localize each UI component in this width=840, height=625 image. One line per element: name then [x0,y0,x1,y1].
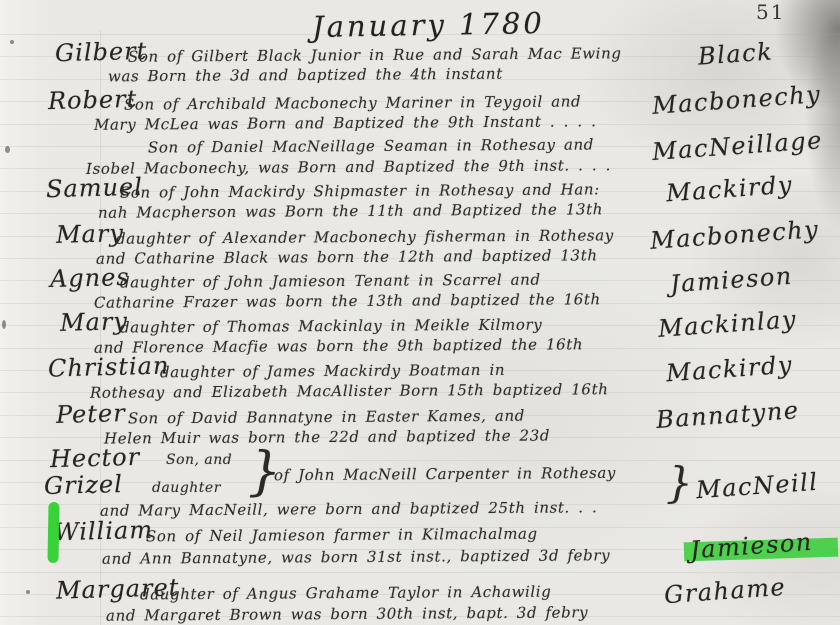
entry-surname: MacNeillage [651,126,823,166]
entry-surname: Jamieson [669,262,793,298]
page-number: 51 [756,0,785,24]
entry-brace-right: } [666,462,693,504]
ink-speck [26,590,30,594]
ink-speck [10,40,14,44]
entry-line1: Son of Daniel MacNeillage Seaman in Roth… [148,135,594,156]
entry-surname: Mackirdy [665,171,794,208]
entry-line1: daughter of Angus Grahame Taylor in Acha… [140,583,551,604]
entry-given-name-2: Grizel [44,470,124,500]
entry-line2: Mary McLea was Born and Baptized the 9th… [94,112,597,134]
entry-line1: daughter of Alexander Macbonechy fisherm… [116,226,614,247]
entry-line1: Son of Gilbert Black Junior in Rue and S… [128,44,622,65]
entry-line1: Son of Archibald Macbonechy Mariner in T… [124,92,581,113]
entry-given-name: William [54,516,154,547]
entry-surname: Macbonechy [649,215,820,255]
entry-given-name: Hector [50,443,141,473]
entry-given-role: Son, and [166,452,232,468]
entry-line1: Son of David Bannatyne in Easter Kames, … [128,407,525,428]
entry-line1: of John MacNeill Carpenter in Rothesay [274,464,616,484]
entry-surname: MacNeill [695,468,819,504]
entry-line1: daughter of John Jamieson Tenant in Scar… [120,271,541,292]
ink-speck [2,320,6,329]
entry-given-name: Peter [56,399,126,429]
entry-given-name: Mary [60,307,129,337]
entry-line2: and Catharine Black was born the 12th an… [96,246,598,268]
annotation-marker-bar [47,502,59,563]
entry-surname: Black [697,37,774,70]
entry-given-name: Christian [48,351,170,382]
entry-line2: and Ann Bannatyne, was born 31st inst., … [102,546,610,568]
entry-line2: Rothesay and Elizabeth MacAllister Born … [90,380,609,402]
entry-line1: Son of John Mackirdy Shipmaster in Rothe… [120,180,600,201]
entry-line1: daughter of Thomas Mackinlay in Meikle K… [120,316,542,337]
entry-line1: daughter of James Mackirdy Boatman in [160,361,505,381]
entry-surname: Macbonechy [651,80,822,120]
page-title: January 1780 [312,6,545,44]
entry-given-name: Mary [56,219,125,249]
entry-line2: Isobel Macbonechy, was Born and Baptized… [86,156,611,178]
entry-line2: was Born the 3d and baptized the 4th ins… [108,65,503,86]
entry-line1: Son of Neil Jamieson farmer in Kilmachal… [146,525,538,546]
entry-surname: Mackirdy [665,351,794,388]
entry-surname: Bannatyne [655,396,800,434]
ruled-line [0,572,840,573]
register-page-scan: January 1780 51 Gilbert Son of Gilbert B… [0,0,840,625]
entry-line2: Catharine Frazer was born the 13th and b… [94,290,601,312]
entry-surname: Grahame [663,573,787,609]
entry-line2: and Mary MacNeill, were born and baptize… [100,498,597,519]
ink-speck [5,146,10,153]
entry-line2: nah Macpherson was Born the 11th and Bap… [98,200,603,222]
entry-line2: and Margaret Brown was born 30th inst, b… [106,603,588,624]
entry-given-name: Agnes [50,263,130,293]
entry-surname: Mackinlay [657,305,798,343]
entry-line2: Helen Muir was born the 22d and baptized… [104,426,550,447]
entry-surname: Jamieson [689,528,813,564]
entry-given-role-2: daughter [152,480,221,496]
